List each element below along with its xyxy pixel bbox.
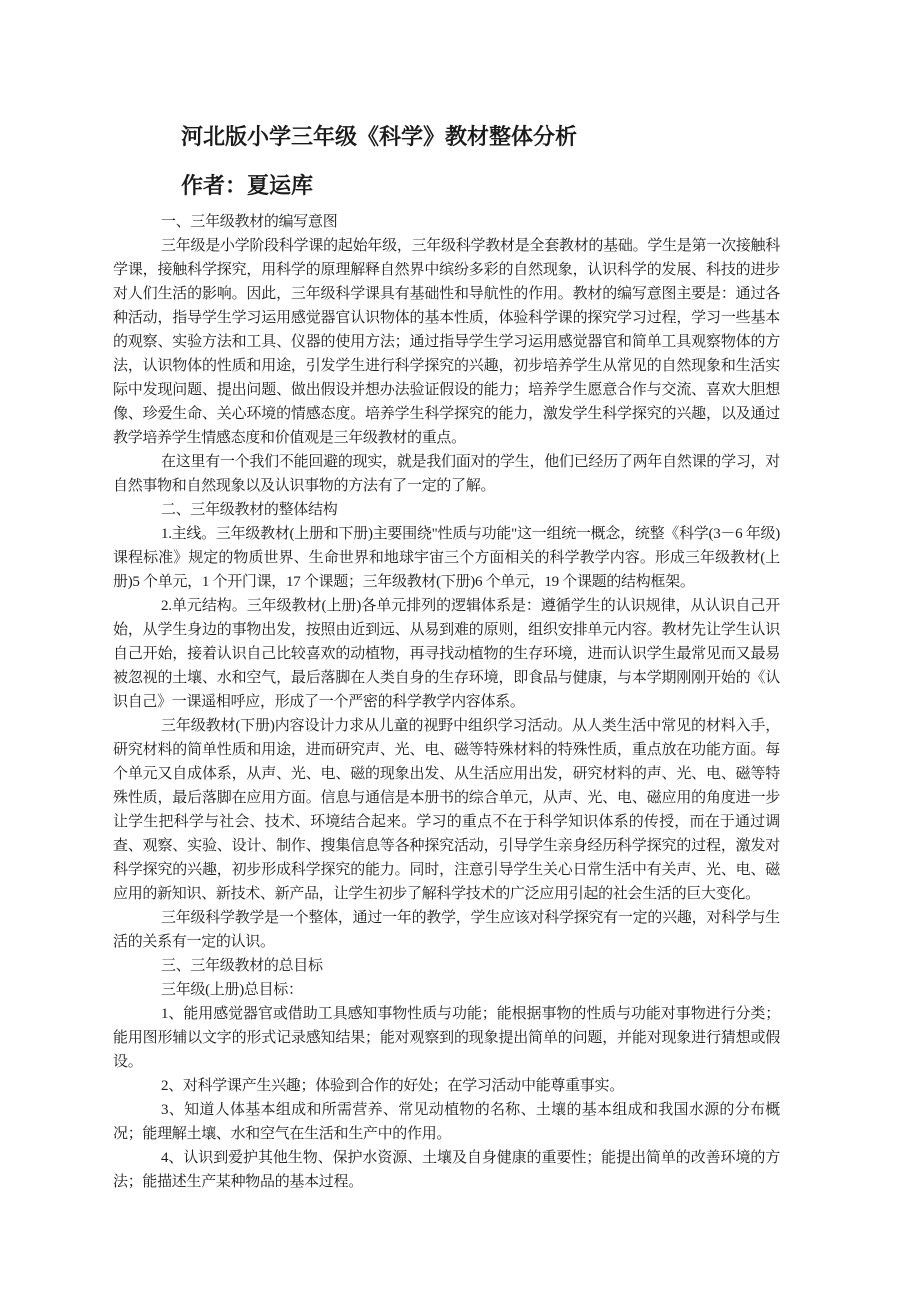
section-heading-1: 一、三年级教材的编写意图 bbox=[113, 210, 780, 234]
body-paragraph: 三年级科学教学是一个整体，通过一年的教学，学生应该对科学探究有一定的兴趣，对科学… bbox=[113, 906, 780, 954]
document-title: 河北版小学三年级《科学》教材整体分析 bbox=[181, 120, 577, 151]
body-paragraph: 1、能用感觉器官或借助工具感知事物性质与功能；能根据事物的性质与功能对事物进行分… bbox=[113, 1002, 780, 1074]
body-paragraph: 2.单元结构。三年级教材(上册)各单元排列的逻辑体系是：遵循学生的认识规律，从认… bbox=[113, 594, 780, 714]
document-author: 作者：夏运库 bbox=[181, 169, 313, 200]
body-paragraph: 1.主线。三年级教材(上册和下册)主要围绕"性质与功能"这一组统一概念，统整《科… bbox=[113, 522, 780, 594]
document-page: 河北版小学三年级《科学》教材整体分析 作者：夏运库 一、三年级教材的编写意图 三… bbox=[0, 0, 920, 1302]
section-heading-3: 三、三年级教材的总目标 bbox=[113, 954, 780, 978]
body-paragraph: 4、认识到爱护其他生物、保护水资源、土壤及自身健康的重要性；能提出简单的改善环境… bbox=[113, 1146, 780, 1194]
document-body: 一、三年级教材的编写意图 三年级是小学阶段科学课的起始年级，三年级科学教材是全套… bbox=[113, 210, 780, 1194]
body-paragraph: 三年级教材(下册)内容设计力求从儿童的视野中组织学习活动。从人类生活中常见的材料… bbox=[113, 714, 780, 906]
section-heading-2: 二、三年级教材的整体结构 bbox=[113, 498, 780, 522]
body-paragraph: 3、知道人体基本组成和所需营养、常见动植物的名称、土壤的基本组成和我国水源的分布… bbox=[113, 1098, 780, 1146]
body-paragraph: 在这里有一个我们不能回避的现实，就是我们面对的学生，他们已经历了两年自然课的学习… bbox=[113, 450, 780, 498]
body-paragraph: 2、对科学课产生兴趣；体验到合作的好处；在学习活动中能尊重事实。 bbox=[113, 1074, 780, 1098]
body-paragraph: 三年级是小学阶段科学课的起始年级，三年级科学教材是全套教材的基础。学生是第一次接… bbox=[113, 234, 780, 450]
body-paragraph: 三年级(上册)总目标： bbox=[113, 978, 780, 1002]
